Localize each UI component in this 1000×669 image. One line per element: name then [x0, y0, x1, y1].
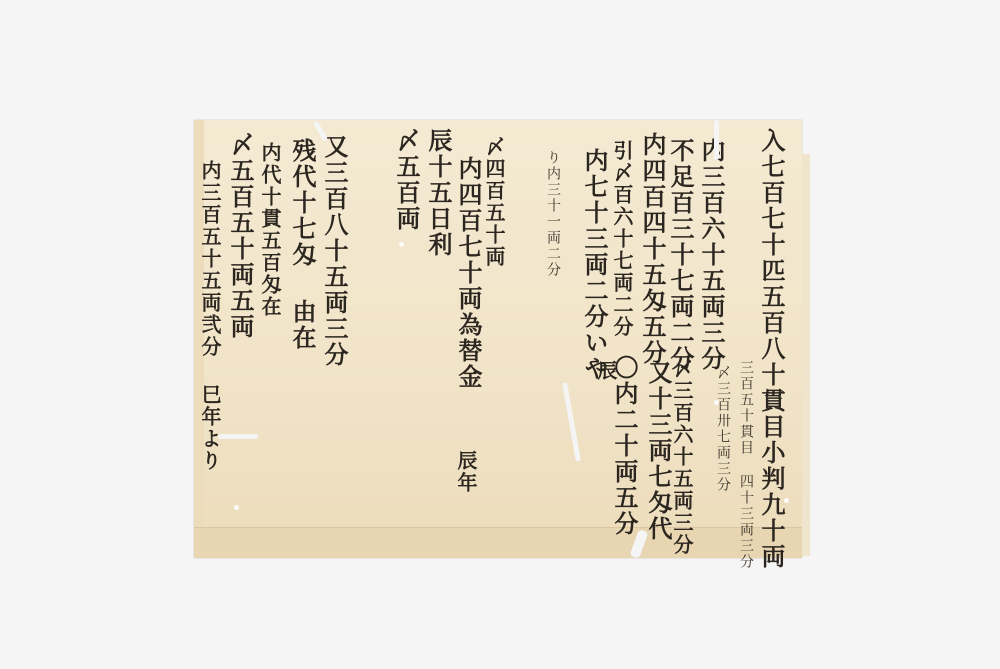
manuscript-column: 内三百五十五両弐分 巳年より	[200, 160, 220, 472]
manuscript-column: 内三百六十五両三分	[699, 138, 723, 372]
manuscript-column: り内三十一両二分	[546, 150, 560, 278]
paper-right-edge	[802, 154, 810, 556]
manuscript-column: 内四百四十五匁五分	[640, 132, 664, 366]
manuscript-column: 〆五百五十両五両	[228, 132, 252, 340]
paper-hole	[234, 505, 239, 510]
paper-hole	[399, 242, 404, 247]
manuscript-column: 又三百八十五両三分	[322, 134, 346, 368]
manuscript-column: 〇内二十両五分	[612, 355, 636, 537]
manuscript-column: 辰年	[456, 450, 476, 494]
manuscript-annotation: 三百五十貫目 四十三両三分	[739, 360, 753, 570]
manuscript-column: 残代十七匁 由在	[290, 138, 314, 351]
manuscript-column: 〆五百両	[394, 128, 418, 232]
paper-hole	[784, 498, 789, 503]
manuscript-column: 入七百七十匹五百八十貫目小判九十両	[759, 128, 783, 570]
manuscript-column: 内代十貫五百匁在	[260, 142, 280, 318]
manuscript-column: 内四百七十両為替金	[456, 156, 480, 390]
paper-tear	[562, 382, 581, 462]
manuscript-column: 引〆百六十七両二分	[612, 140, 632, 338]
manuscript-column: 内七十三両二分いや	[582, 148, 606, 382]
paper-tear	[714, 120, 719, 160]
manuscript-column: 〆四百五十両	[484, 136, 504, 268]
manuscript-paper: 入七百七十匹五百八十貫目小判九十両 内三百六十五両三分 三百五十貫目 四十三両三…	[194, 120, 802, 558]
manuscript-column: 辰十五日利	[426, 128, 450, 258]
manuscript-column: 不足百三十七両二分	[668, 138, 692, 372]
paper-hole	[714, 400, 719, 405]
paper-tear	[218, 434, 258, 439]
manuscript-annotation: 〆三百卅七両三分	[716, 365, 730, 493]
manuscript-column: 〆三百六十五両三分	[672, 358, 692, 556]
manuscript-column: 又十三両七匁代	[646, 360, 670, 542]
paper-bottom-fold	[194, 527, 802, 558]
